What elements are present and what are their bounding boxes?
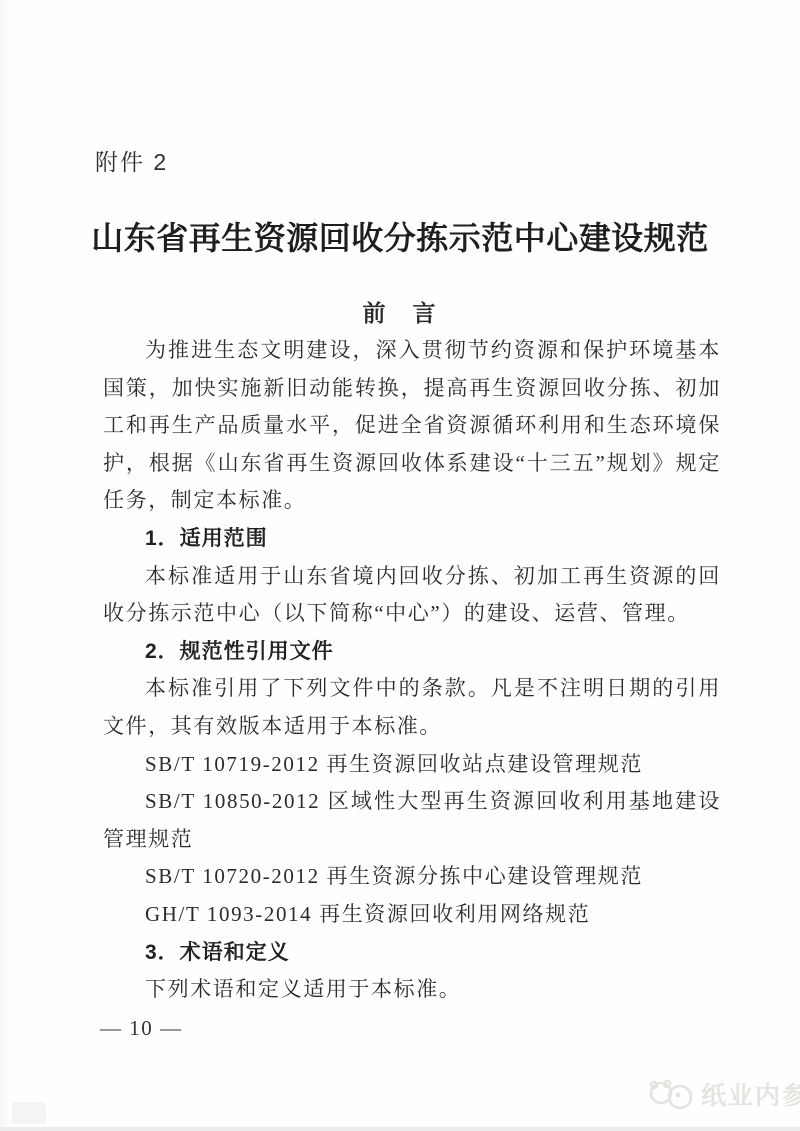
panda-reading-icon — [648, 1077, 694, 1111]
section-3-paragraph: 下列术语和定义适用于本标准。 — [103, 971, 721, 1009]
reference-item-2: SB/T 10850-2012 区域性大型再生资源回收利用基地建设管理规范 — [103, 783, 721, 858]
section-2-heading: 2．规范性引用文件 — [103, 633, 721, 671]
reference-item-4: GH/T 1093-2014 再生资源回收利用网络规范 — [103, 896, 721, 934]
attachment-label: 附件 2 — [95, 144, 168, 177]
page-number: — 10 — — [100, 1016, 183, 1041]
watermark: 纸业内参 — [648, 1076, 800, 1112]
document-title: 山东省再生资源回收分拣示范中心建设规范 — [0, 213, 800, 259]
section-1-heading: 1．适用范围 — [103, 520, 721, 558]
document-body: 为推进生态文明建设，深入贯彻节约资源和保护环境基本国策，加快实施新旧动能转换，提… — [103, 332, 721, 1009]
watermark-text: 纸业内参 — [701, 1076, 800, 1112]
reference-item-1: SB/T 10719-2012 再生资源回收站点建设管理规范 — [103, 746, 721, 784]
reference-item-3: SB/T 10720-2012 再生资源分拣中心建设管理规范 — [103, 858, 721, 896]
scanned-document-page: 附件 2 山东省再生资源回收分拣示范中心建设规范 前 言 为推进生态文明建设，深… — [0, 0, 800, 1131]
preface-paragraph: 为推进生态文明建设，深入贯彻节约资源和保护环境基本国策，加快实施新旧动能转换，提… — [103, 332, 721, 520]
section-3-heading: 3．术语和定义 — [103, 934, 721, 972]
preface-heading: 前 言 — [0, 295, 800, 328]
section-2-paragraph: 本标准引用了下列文件中的条款。凡是不注明日期的引用文件，其有效版本适用于本标准。 — [103, 670, 721, 745]
scan-artifact — [12, 1102, 46, 1124]
scan-edge-line — [0, 1127, 800, 1131]
section-1-paragraph: 本标准适用于山东省境内回收分拣、初加工再生资源的回收分拣示范中心（以下简称“中心… — [103, 558, 721, 633]
